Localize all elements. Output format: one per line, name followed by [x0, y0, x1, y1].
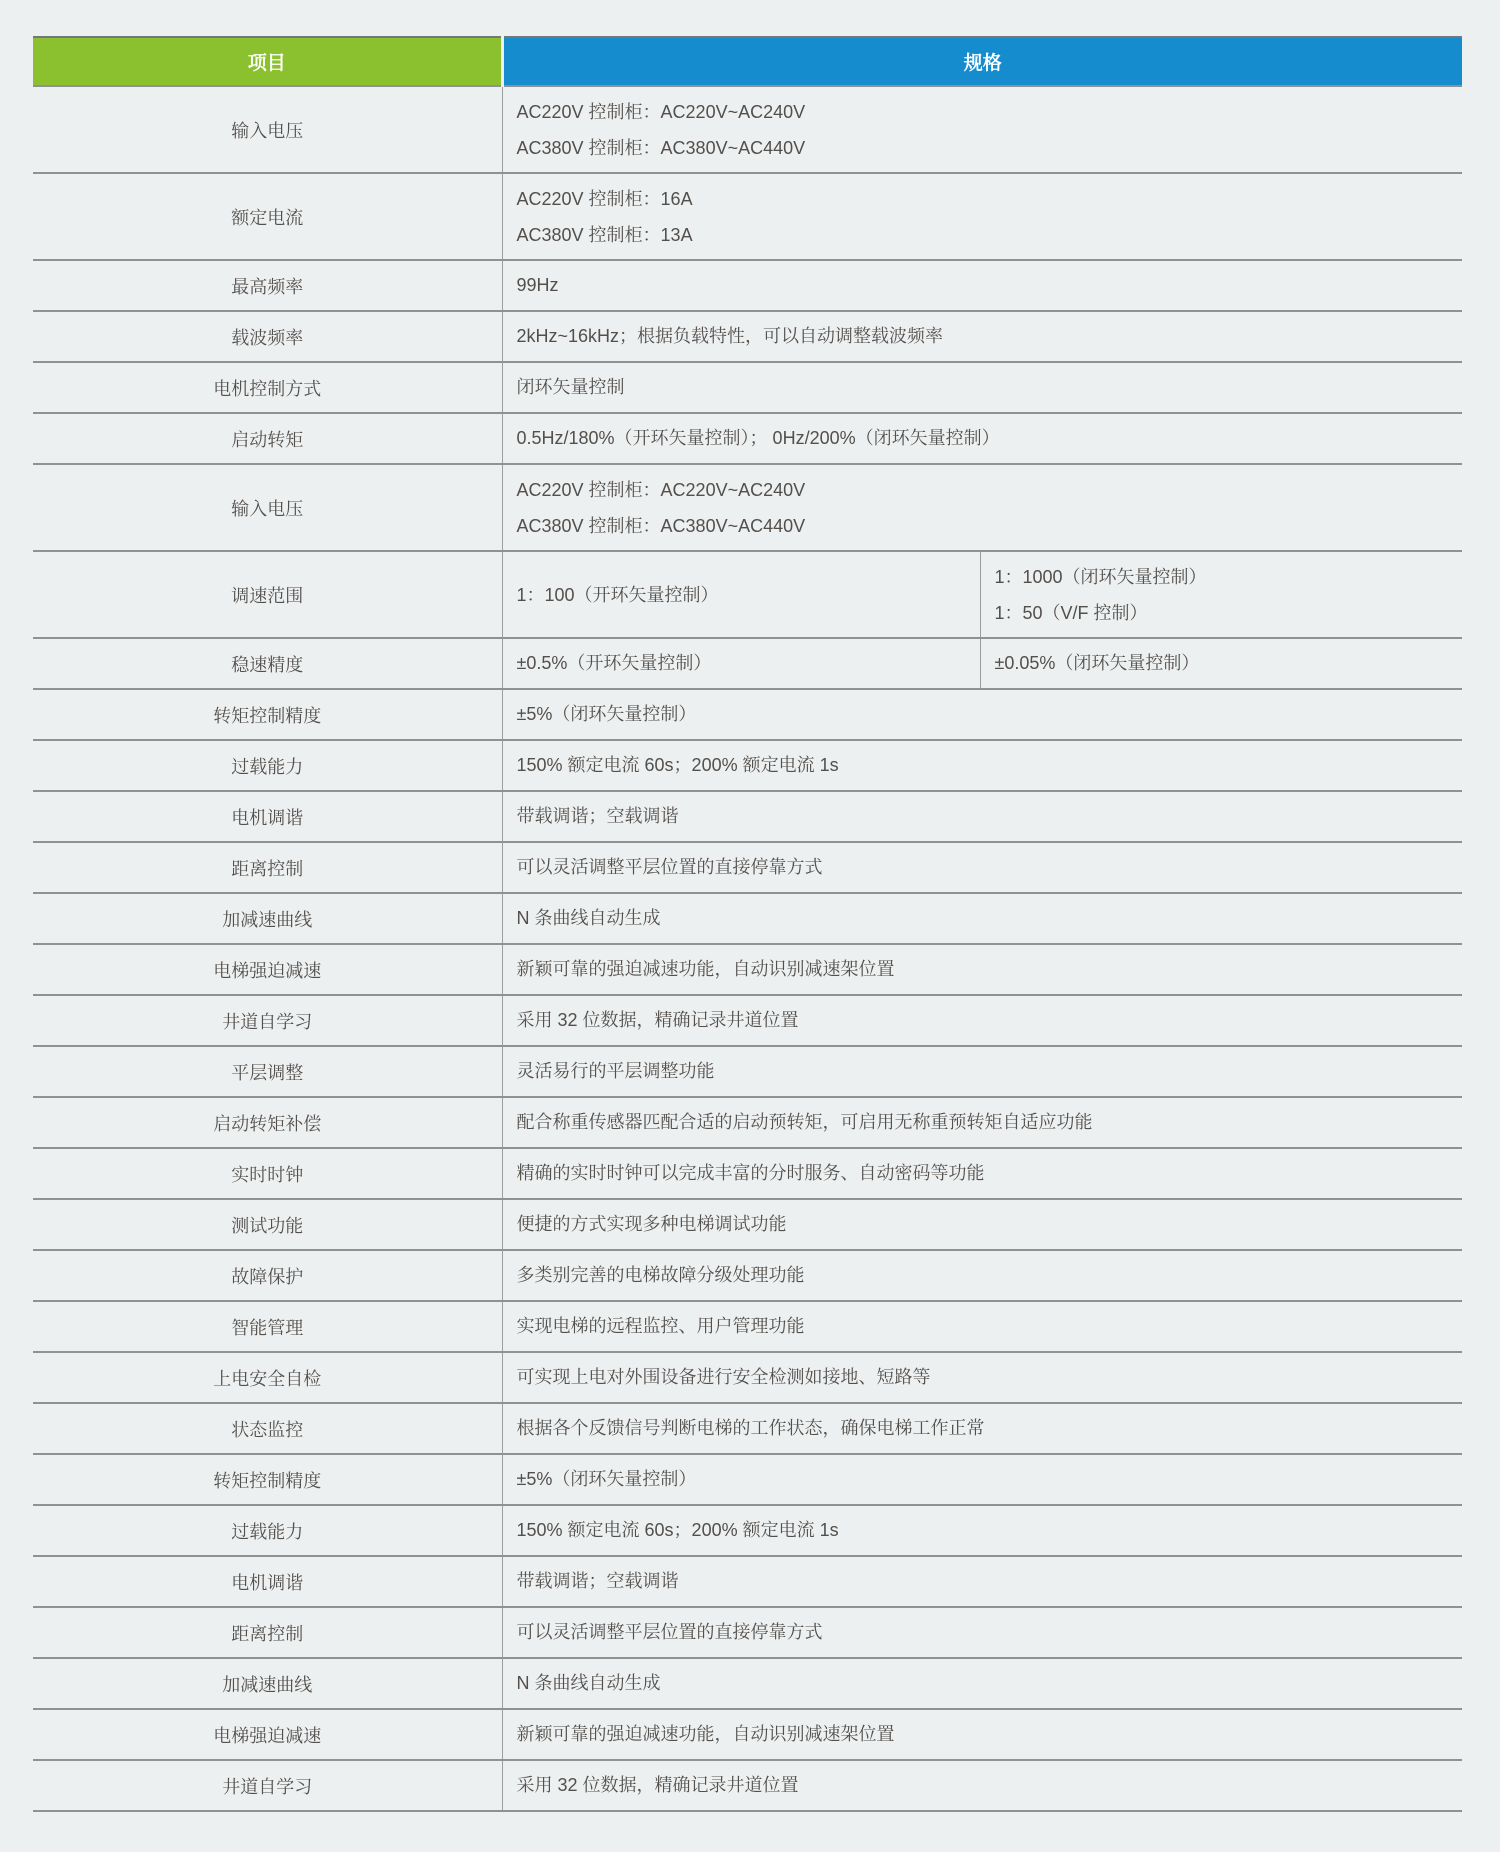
spec-line: 实现电梯的远程监控、用户管理功能 [517, 1313, 1453, 1340]
table-row: 测试功能便捷的方式实现多种电梯调试功能 [33, 1199, 1462, 1250]
table-row: 启动转矩补偿配合称重传感器匹配合适的启动预转矩，可启用无称重预转矩自适应功能 [33, 1097, 1462, 1148]
spec-line: 精确的实时时钟可以完成丰富的分时服务、自动密码等功能 [517, 1160, 1453, 1187]
table-row: 过载能力150% 额定电流 60s；200% 额定电流 1s [33, 740, 1462, 791]
spec-cell: 采用 32 位数据，精确记录井道位置 [502, 1760, 1462, 1811]
spec-cell: 闭环矢量控制 [502, 362, 1462, 413]
spec-line: 配合称重传感器匹配合适的启动预转矩，可启用无称重预转矩自适应功能 [517, 1109, 1453, 1136]
item-cell: 电机调谐 [33, 791, 502, 842]
item-cell: 电机控制方式 [33, 362, 502, 413]
table-row: 加减速曲线N 条曲线自动生成 [33, 893, 1462, 944]
item-cell: 载波频率 [33, 311, 502, 362]
spec-line: 0.5Hz/180%（开环矢量控制）； 0Hz/200%（闭环矢量控制） [517, 425, 1453, 452]
spec-cell: AC220V 控制柜：AC220V~AC240VAC380V 控制柜：AC380… [502, 86, 1462, 173]
item-cell: 测试功能 [33, 1199, 502, 1250]
table-row: 转矩控制精度±5%（闭环矢量控制） [33, 1454, 1462, 1505]
spec-line: 多类别完善的电梯故障分级处理功能 [517, 1262, 1453, 1289]
item-cell: 状态监控 [33, 1403, 502, 1454]
table-row: 电梯强迫减速新颖可靠的强迫减速功能，自动识别减速架位置 [33, 944, 1462, 995]
table-row: 距离控制可以灵活调整平层位置的直接停靠方式 [33, 842, 1462, 893]
table-row: 载波频率2kHz~16kHz；根据负载特性，可以自动调整载波频率 [33, 311, 1462, 362]
spec-line: AC220V 控制柜：AC220V~AC240V [517, 94, 1453, 130]
spec-cell: 99Hz [502, 260, 1462, 311]
spec-cell: 带载调谐；空载调谐 [502, 791, 1462, 842]
spec-cell: 2kHz~16kHz；根据负载特性，可以自动调整载波频率 [502, 311, 1462, 362]
spec-line: 闭环矢量控制 [517, 374, 1453, 401]
table-row: 过载能力150% 额定电流 60s；200% 额定电流 1s [33, 1505, 1462, 1556]
item-cell: 距离控制 [33, 842, 502, 893]
table-row: 状态监控根据各个反馈信号判断电梯的工作状态，确保电梯工作正常 [33, 1403, 1462, 1454]
item-cell: 井道自学习 [33, 1760, 502, 1811]
item-cell: 启动转矩 [33, 413, 502, 464]
item-cell: 实时时钟 [33, 1148, 502, 1199]
spec-cell: ±0.5%（开环矢量控制） [502, 638, 980, 689]
spec-line: 可以灵活调整平层位置的直接停靠方式 [517, 854, 1453, 881]
spec-line: ±0.5%（开环矢量控制） [517, 650, 970, 677]
header-spec: 规格 [502, 37, 1462, 86]
item-cell: 调速范围 [33, 551, 502, 638]
spec-cell: 新颖可靠的强迫减速功能，自动识别减速架位置 [502, 944, 1462, 995]
spec-cell-right: ±0.05%（闭环矢量控制） [980, 638, 1462, 689]
spec-cell: 带载调谐；空载调谐 [502, 1556, 1462, 1607]
spec-cell: 采用 32 位数据，精确记录井道位置 [502, 995, 1462, 1046]
spec-cell: N 条曲线自动生成 [502, 893, 1462, 944]
spec-cell: 新颖可靠的强迫减速功能，自动识别减速架位置 [502, 1709, 1462, 1760]
item-cell: 输入电压 [33, 86, 502, 173]
table-row: 额定电流AC220V 控制柜：16AAC380V 控制柜：13A [33, 173, 1462, 260]
item-cell: 电机调谐 [33, 1556, 502, 1607]
spec-line: 根据各个反馈信号判断电梯的工作状态，确保电梯工作正常 [517, 1415, 1453, 1442]
item-cell: 上电安全自检 [33, 1352, 502, 1403]
table-row: 上电安全自检可实现上电对外围设备进行安全检测如接地、短路等 [33, 1352, 1462, 1403]
table-row: 输入电压AC220V 控制柜：AC220V~AC240VAC380V 控制柜：A… [33, 86, 1462, 173]
spec-cell: AC220V 控制柜：16AAC380V 控制柜：13A [502, 173, 1462, 260]
spec-line: ±0.05%（闭环矢量控制） [995, 650, 1453, 677]
spec-line: 采用 32 位数据，精确记录井道位置 [517, 1007, 1453, 1034]
spec-cell: N 条曲线自动生成 [502, 1658, 1462, 1709]
spec-line: AC220V 控制柜：16A [517, 181, 1453, 217]
spec-cell: 150% 额定电流 60s；200% 额定电流 1s [502, 1505, 1462, 1556]
table-row: 距离控制可以灵活调整平层位置的直接停靠方式 [33, 1607, 1462, 1658]
table-row: 实时时钟精确的实时时钟可以完成丰富的分时服务、自动密码等功能 [33, 1148, 1462, 1199]
spec-line: 便捷的方式实现多种电梯调试功能 [517, 1211, 1453, 1238]
item-cell: 智能管理 [33, 1301, 502, 1352]
table-row: 智能管理实现电梯的远程监控、用户管理功能 [33, 1301, 1462, 1352]
item-cell: 电梯强迫减速 [33, 944, 502, 995]
item-cell: 最高频率 [33, 260, 502, 311]
spec-line: ±5%（闭环矢量控制） [517, 1466, 1453, 1493]
table-row: 电机调谐带载调谐；空载调谐 [33, 791, 1462, 842]
item-cell: 额定电流 [33, 173, 502, 260]
item-cell: 平层调整 [33, 1046, 502, 1097]
spec-cell: 配合称重传感器匹配合适的启动预转矩，可启用无称重预转矩自适应功能 [502, 1097, 1462, 1148]
spec-line: 新颖可靠的强迫减速功能，自动识别减速架位置 [517, 956, 1453, 983]
spec-line: ±5%（闭环矢量控制） [517, 701, 1453, 728]
spec-line: AC220V 控制柜：AC220V~AC240V [517, 472, 1453, 508]
spec-line: N 条曲线自动生成 [517, 905, 1453, 932]
spec-line: AC380V 控制柜：AC380V~AC440V [517, 130, 1453, 166]
item-cell: 故障保护 [33, 1250, 502, 1301]
spec-line: N 条曲线自动生成 [517, 1670, 1453, 1697]
item-cell: 过载能力 [33, 1505, 502, 1556]
spec-cell: ±5%（闭环矢量控制） [502, 1454, 1462, 1505]
spec-line: 150% 额定电流 60s；200% 额定电流 1s [517, 1517, 1453, 1544]
table-row: 启动转矩0.5Hz/180%（开环矢量控制）； 0Hz/200%（闭环矢量控制） [33, 413, 1462, 464]
item-cell: 输入电压 [33, 464, 502, 551]
item-cell: 转矩控制精度 [33, 689, 502, 740]
spec-cell: 可以灵活调整平层位置的直接停靠方式 [502, 842, 1462, 893]
table-row: 井道自学习采用 32 位数据，精确记录井道位置 [33, 995, 1462, 1046]
item-cell: 距离控制 [33, 1607, 502, 1658]
spec-cell: 可实现上电对外围设备进行安全检测如接地、短路等 [502, 1352, 1462, 1403]
spec-line: 带载调谐；空载调谐 [517, 803, 1453, 830]
item-cell: 稳速精度 [33, 638, 502, 689]
spec-cell: 可以灵活调整平层位置的直接停靠方式 [502, 1607, 1462, 1658]
spec-cell: 多类别完善的电梯故障分级处理功能 [502, 1250, 1462, 1301]
spec-cell-right: 1：1000（闭环矢量控制）1：50（V/F 控制） [980, 551, 1462, 638]
spec-cell: AC220V 控制柜：AC220V~AC240VAC380V 控制柜：AC380… [502, 464, 1462, 551]
spec-line: 带载调谐；空载调谐 [517, 1568, 1453, 1595]
spec-table: 项目 规格 输入电压AC220V 控制柜：AC220V~AC240VAC380V… [33, 36, 1462, 1812]
spec-cell: 1：100（开环矢量控制） [502, 551, 980, 638]
page: 项目 规格 输入电压AC220V 控制柜：AC220V~AC240VAC380V… [0, 0, 1500, 1852]
spec-line: 1：1000（闭环矢量控制） [995, 559, 1453, 595]
item-cell: 电梯强迫减速 [33, 1709, 502, 1760]
item-cell: 加减速曲线 [33, 1658, 502, 1709]
spec-cell: 0.5Hz/180%（开环矢量控制）； 0Hz/200%（闭环矢量控制） [502, 413, 1462, 464]
spec-line: 可以灵活调整平层位置的直接停靠方式 [517, 1619, 1453, 1646]
table-row: 电机调谐带载调谐；空载调谐 [33, 1556, 1462, 1607]
table-row: 加减速曲线N 条曲线自动生成 [33, 1658, 1462, 1709]
spec-line: 2kHz~16kHz；根据负载特性，可以自动调整载波频率 [517, 323, 1453, 350]
table-row: 最高频率99Hz [33, 260, 1462, 311]
spec-cell: 便捷的方式实现多种电梯调试功能 [502, 1199, 1462, 1250]
header-row: 项目 规格 [33, 37, 1462, 86]
item-cell: 过载能力 [33, 740, 502, 791]
spec-line: 灵活易行的平层调整功能 [517, 1058, 1453, 1085]
spec-line: 150% 额定电流 60s；200% 额定电流 1s [517, 752, 1453, 779]
item-cell: 井道自学习 [33, 995, 502, 1046]
spec-cell: 150% 额定电流 60s；200% 额定电流 1s [502, 740, 1462, 791]
spec-line: 新颖可靠的强迫减速功能，自动识别减速架位置 [517, 1721, 1453, 1748]
spec-cell: 实现电梯的远程监控、用户管理功能 [502, 1301, 1462, 1352]
item-cell: 转矩控制精度 [33, 1454, 502, 1505]
spec-cell: 灵活易行的平层调整功能 [502, 1046, 1462, 1097]
spec-line: 1：50（V/F 控制） [995, 595, 1453, 631]
table-row: 转矩控制精度±5%（闭环矢量控制） [33, 689, 1462, 740]
table-row: 井道自学习采用 32 位数据，精确记录井道位置 [33, 1760, 1462, 1811]
spec-cell: ±5%（闭环矢量控制） [502, 689, 1462, 740]
table-row: 稳速精度±0.5%（开环矢量控制）±0.05%（闭环矢量控制） [33, 638, 1462, 689]
header-item: 项目 [33, 37, 502, 86]
table-row: 电梯强迫减速新颖可靠的强迫减速功能，自动识别减速架位置 [33, 1709, 1462, 1760]
spec-line: 可实现上电对外围设备进行安全检测如接地、短路等 [517, 1364, 1453, 1391]
item-cell: 启动转矩补偿 [33, 1097, 502, 1148]
spec-line: AC380V 控制柜：AC380V~AC440V [517, 508, 1453, 544]
spec-line: 99Hz [517, 272, 1453, 299]
table-row: 调速范围1：100（开环矢量控制）1：1000（闭环矢量控制）1：50（V/F … [33, 551, 1462, 638]
table-row: 电机控制方式闭环矢量控制 [33, 362, 1462, 413]
spec-cell: 根据各个反馈信号判断电梯的工作状态，确保电梯工作正常 [502, 1403, 1462, 1454]
spec-line: 采用 32 位数据，精确记录井道位置 [517, 1772, 1453, 1799]
spec-line: 1：100（开环矢量控制） [517, 577, 970, 613]
spec-cell: 精确的实时时钟可以完成丰富的分时服务、自动密码等功能 [502, 1148, 1462, 1199]
spec-line: AC380V 控制柜：13A [517, 217, 1453, 253]
table-row: 故障保护多类别完善的电梯故障分级处理功能 [33, 1250, 1462, 1301]
table-row: 输入电压AC220V 控制柜：AC220V~AC240VAC380V 控制柜：A… [33, 464, 1462, 551]
item-cell: 加减速曲线 [33, 893, 502, 944]
table-row: 平层调整灵活易行的平层调整功能 [33, 1046, 1462, 1097]
spec-table-body: 输入电压AC220V 控制柜：AC220V~AC240VAC380V 控制柜：A… [33, 86, 1462, 1811]
